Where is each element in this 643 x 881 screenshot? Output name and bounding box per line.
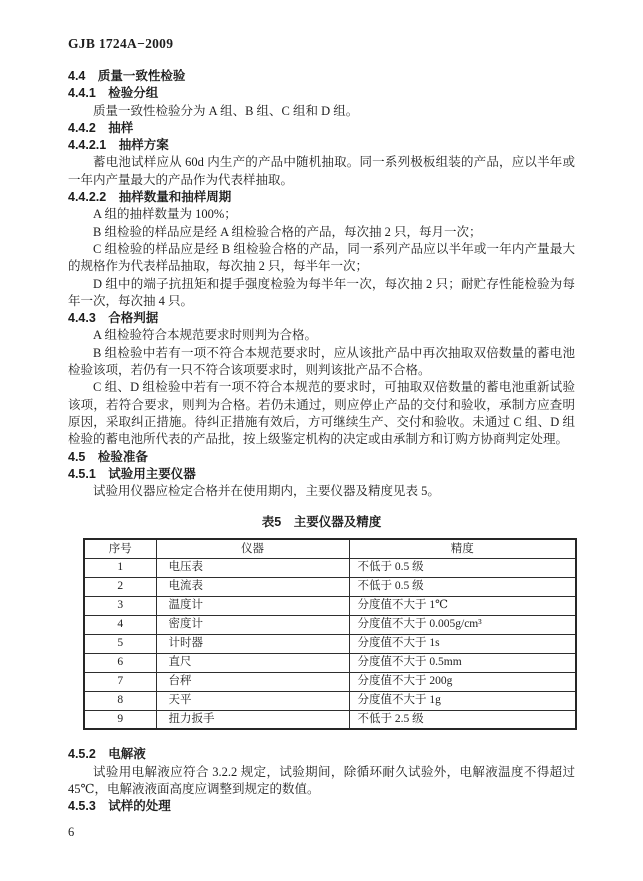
- col-header-precision: 精度: [349, 539, 576, 558]
- table-row: 9 扭力扳手 不低于 2.5 级: [84, 710, 576, 729]
- heading-4-5: 4.5 检验准备: [68, 449, 575, 466]
- para-group-a-pass: A 组检验符合本规范要求时则判为合格。: [68, 327, 575, 344]
- col-header-index: 序号: [84, 539, 156, 558]
- para-sampling-plan: 蓄电池试样应从 60d 内生产的产品中随机抽取。同一系列极板组装的产品，应以半年…: [68, 154, 575, 189]
- heading-4-4-2-1: 4.4.2.1 抽样方案: [68, 137, 575, 154]
- para-group-c-sampling: C 组检验的样品应是经 B 组检验合格的产品，同一系列产品应以半年或一年内产量最…: [68, 241, 575, 276]
- cell-precision: 不低于 0.5 级: [349, 558, 576, 577]
- para-group-d-sampling: D 组中的端子抗扭矩和提手强度检验为每半年一次，每次抽 2 只；耐贮存性能检验为…: [68, 276, 575, 311]
- table-row: 5 计时器 分度值不大于 1s: [84, 634, 576, 653]
- heading-4-4-2: 4.4.2 抽样: [68, 120, 575, 137]
- para-group-b-sampling: B 组检验的样品应是经 A 组检验合格的产品，每次抽 2 只，每月一次；: [68, 224, 575, 241]
- cell-precision: 分度值不大于 1g: [349, 691, 576, 710]
- cell-instrument: 天平: [156, 691, 349, 710]
- cell-precision: 不低于 0.5 级: [349, 577, 576, 596]
- cell-index: 3: [84, 596, 156, 615]
- standard-number: GJB 1724A−2009: [68, 36, 575, 52]
- cell-instrument: 温度计: [156, 596, 349, 615]
- heading-4-5-2: 4.5.2 电解液: [68, 746, 575, 763]
- cell-instrument: 密度计: [156, 615, 349, 634]
- cell-instrument: 电流表: [156, 577, 349, 596]
- heading-4-5-3: 4.5.3 试样的处理: [68, 798, 575, 815]
- cell-precision: 分度值不大于 0.5mm: [349, 653, 576, 672]
- cell-instrument: 计时器: [156, 634, 349, 653]
- cell-precision: 分度值不大于 1℃: [349, 596, 576, 615]
- cell-precision: 不低于 2.5 级: [349, 710, 576, 729]
- table-row: 8 天平 分度值不大于 1g: [84, 691, 576, 710]
- table-row: 4 密度计 分度值不大于 0.005g/cm³: [84, 615, 576, 634]
- para-electrolyte: 试验用电解液应符合 3.2.2 规定，试验期间，除循环耐久试验外，电解液温度不得…: [68, 764, 575, 799]
- table-row: 2 电流表 不低于 0.5 级: [84, 577, 576, 596]
- para-instruments-intro: 试验用仪器应检定合格并在使用期内，主要仪器及精度见表 5。: [68, 483, 575, 500]
- heading-4-4-3: 4.4.3 合格判据: [68, 310, 575, 327]
- cell-index: 1: [84, 558, 156, 577]
- cell-index: 5: [84, 634, 156, 653]
- heading-4-5-1: 4.5.1 试验用主要仪器: [68, 466, 575, 483]
- heading-4-4: 4.4 质量一致性检验: [68, 68, 575, 85]
- col-header-instrument: 仪器: [156, 539, 349, 558]
- cell-index: 2: [84, 577, 156, 596]
- table-row: 6 直尺 分度值不大于 0.5mm: [84, 653, 576, 672]
- table-row: 1 电压表 不低于 0.5 级: [84, 558, 576, 577]
- cell-index: 4: [84, 615, 156, 634]
- cell-instrument: 直尺: [156, 653, 349, 672]
- document-page: GJB 1724A−2009 4.4 质量一致性检验 4.4.1 检验分组 质量…: [0, 0, 643, 881]
- page-number: 6: [68, 825, 575, 840]
- table-row: 7 台秤 分度值不大于 200g: [84, 672, 576, 691]
- para-group-a-quantity: A 组的抽样数量为 100%；: [68, 206, 575, 223]
- cell-index: 7: [84, 672, 156, 691]
- table-caption: 表5 主要仪器及精度: [68, 512, 575, 530]
- para-group-cd-pass: C 组、D 组检验中若有一项不符合本规范的要求时，可抽取双倍数量的蓄电池重新试验…: [68, 379, 575, 448]
- heading-4-4-2-2: 4.4.2.2 抽样数量和抽样周期: [68, 189, 575, 206]
- cell-instrument: 扭力扳手: [156, 710, 349, 729]
- cell-instrument: 台秤: [156, 672, 349, 691]
- cell-precision: 分度值不大于 200g: [349, 672, 576, 691]
- para-inspection-groups: 质量一致性检验分为 A 组、B 组、C 组和 D 组。: [68, 103, 575, 120]
- cell-index: 9: [84, 710, 156, 729]
- cell-index: 8: [84, 691, 156, 710]
- table-header-row: 序号 仪器 精度: [84, 539, 576, 558]
- cell-instrument: 电压表: [156, 558, 349, 577]
- heading-4-4-1: 4.4.1 检验分组: [68, 85, 575, 102]
- para-group-b-pass: B 组检验中若有一项不符合本规范要求时，应从该批产品中再次抽取双倍数量的蓄电池检…: [68, 345, 575, 380]
- cell-precision: 分度值不大于 1s: [349, 634, 576, 653]
- cell-precision: 分度值不大于 0.005g/cm³: [349, 615, 576, 634]
- cell-index: 6: [84, 653, 156, 672]
- instrument-precision-table: 序号 仪器 精度 1 电压表 不低于 0.5 级 2 电流表 不低于 0.5 级…: [83, 538, 577, 730]
- table-row: 3 温度计 分度值不大于 1℃: [84, 596, 576, 615]
